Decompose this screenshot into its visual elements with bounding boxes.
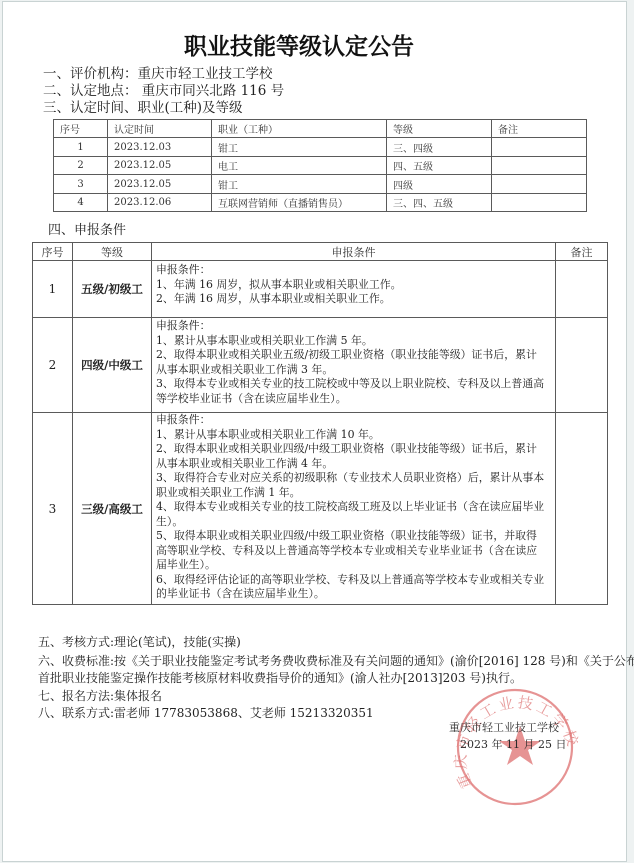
schedule-header-row: 序号 认定时间 职业（工种） 等级 备注	[54, 120, 587, 138]
cell-date: 2023.12.05	[108, 175, 212, 194]
table-row: 4 2023.12.06 互联网营销师（直播销售员） 三、四、五级	[54, 194, 587, 212]
conditions-table: 序号 等级 申报条件 备注 1 五级/初级工 申报条件： 1、年满 16 周岁，…	[32, 242, 608, 605]
cell-occupation: 互联网营销师（直播销售员）	[212, 194, 387, 212]
condition-line: 6、取得经评估论证的高等职业学校、专科及以上普通高等学校本专业或相关专业	[156, 573, 555, 588]
condition-line: 申报条件：	[156, 319, 555, 334]
cell-level: 三、四级	[387, 138, 492, 157]
cell-conditions: 申报条件： 1、年满 16 周岁，拟从事本职业或相关职业工作。 2、年满 16 …	[152, 261, 556, 318]
condition-line: 届毕业生）。	[156, 558, 555, 573]
cell-occupation: 钳工	[212, 175, 387, 194]
condition-line: 1、累计从事本职业或相关职业工作满 10 年。	[156, 428, 555, 443]
cell-no: 3	[54, 175, 108, 194]
condition-line: 5、取得本职业或相关职业四级/中级工职业资格（职业技能等级）证书，并取得	[156, 529, 555, 544]
condition-line: 生）。	[156, 515, 555, 530]
condition-line: 1、累计从事本职业或相关职业工作满 5 年。	[156, 334, 555, 349]
table-row: 3 2023.12.05 钳工 四级	[54, 175, 587, 194]
cell-occupation: 电工	[212, 157, 387, 175]
cell-no: 1	[33, 261, 73, 318]
condition-line: 的毕业证书（含在读应届毕业生）。	[156, 587, 555, 602]
condition-line: 等学校毕业证书（含在读应届毕业生）。	[156, 392, 555, 407]
cell-level: 四级	[387, 175, 492, 194]
condition-line: 4、取得本专业或相关专业的技工院校高级工班及以上毕业证书（含在读应届毕业	[156, 500, 555, 515]
document-page: 职业技能等级认定公告 一、评价机构：重庆市轻工业技工学校 二、认定地点： 重庆市…	[2, 1, 627, 862]
cell-note	[556, 413, 608, 605]
cell-level: 三、四、五级	[387, 194, 492, 212]
cell-no: 4	[54, 194, 108, 212]
condition-line: 申报条件：	[156, 413, 555, 428]
cell-date: 2023.12.06	[108, 194, 212, 212]
cell-conditions: 申报条件： 1、累计从事本职业或相关职业工作满 10 年。 2、取得本职业或相关…	[152, 413, 556, 605]
condition-line: 2、取得本职业或相关职业四级/中级工职业资格（职业技能等级）证书后，累计	[156, 442, 555, 457]
header-note: 备注	[492, 120, 587, 138]
header-conditions: 申报条件	[152, 243, 556, 261]
condition-line: 从事本职业或相关职业工作满 4 年。	[156, 457, 555, 472]
condition-line: 3、取得本专业或相关专业的技工院校或中等及以上职业院校、专科及以上普通高	[156, 377, 555, 392]
cell-note	[492, 138, 587, 157]
condition-line: 2、年满 16 周岁，从事本职业或相关职业工作。	[156, 292, 555, 307]
cell-no: 3	[33, 413, 73, 605]
table-row: 2 四级/中级工 申报条件： 1、累计从事本职业或相关职业工作满 5 年。 2、…	[33, 318, 608, 413]
header-occupation: 职业（工种）	[212, 120, 387, 138]
table-row: 1 2023.12.03 钳工 三、四级	[54, 138, 587, 157]
section-location: 二、认定地点： 重庆市同兴北路 116 号	[43, 83, 284, 100]
header-no: 序号	[54, 120, 108, 138]
condition-line: 1、年满 16 周岁，拟从事本职业或相关职业工作。	[156, 278, 555, 293]
cell-no: 2	[54, 157, 108, 175]
schedule-table: 序号 认定时间 职业（工种） 等级 备注 1 2023.12.03 钳工 三、四…	[53, 119, 587, 212]
header-level: 等级	[387, 120, 492, 138]
signature-date: 2023 年 11 月 25 日	[460, 738, 566, 752]
table-row: 2 2023.12.05 电工 四、五级	[54, 157, 587, 175]
table-row: 1 五级/初级工 申报条件： 1、年满 16 周岁，拟从事本职业或相关职业工作。…	[33, 261, 608, 318]
cell-note	[492, 194, 587, 212]
cell-date: 2023.12.05	[108, 157, 212, 175]
section-assessment-method: 五、考核方式:理论(笔试)，技能(实操)	[38, 634, 241, 650]
cell-level: 三级/高级工	[73, 413, 152, 605]
section-fee-standard: 六、收费标准:按《关于职业技能鉴定考试考务费收费标准及有关问题的通知》(渝价[2…	[38, 653, 634, 669]
cell-no: 1	[54, 138, 108, 157]
cell-level: 四级/中级工	[73, 318, 152, 413]
header-no: 序号	[33, 243, 73, 261]
section-registration-method: 七、报名方法:集体报名	[38, 688, 162, 704]
table-row: 3 三级/高级工 申报条件： 1、累计从事本职业或相关职业工作满 10 年。 2…	[33, 413, 608, 605]
section-conditions-heading: 四、申报条件	[48, 222, 126, 239]
header-level: 等级	[73, 243, 152, 261]
section-evaluation-org: 一、评价机构：重庆市轻工业技工学校	[43, 66, 273, 83]
page-title: 职业技能等级认定公告	[173, 32, 425, 62]
header-date: 认定时间	[108, 120, 212, 138]
section-schedule-heading: 三、认定时间、职业(工种)及等级	[43, 100, 243, 117]
header-note: 备注	[556, 243, 608, 261]
cell-note	[492, 175, 587, 194]
condition-line: 高等职业学校、专科及以上普通高等学校本专业或相关专业毕业证书（含在读应	[156, 544, 555, 559]
cell-date: 2023.12.03	[108, 138, 212, 157]
conditions-header-row: 序号 等级 申报条件 备注	[33, 243, 608, 261]
cell-occupation: 钳工	[212, 138, 387, 157]
section-contact: 八、联系方式:雷老师 17783053868、艾老师 15213320351	[38, 705, 374, 721]
condition-line: 2、取得本职业或相关职业五级/初级工职业资格（职业技能等级）证书后，累计	[156, 348, 555, 363]
cell-level: 四、五级	[387, 157, 492, 175]
signature-organization: 重庆市轻工业技工学校	[449, 721, 559, 735]
condition-line: 从事本职业或相关职业工作满 3 年。	[156, 363, 555, 378]
condition-line: 职业或相关职业工作满 1 年。	[156, 486, 555, 501]
cell-note	[556, 261, 608, 318]
condition-line: 申报条件：	[156, 263, 555, 278]
cell-level: 五级/初级工	[73, 261, 152, 318]
cell-note	[492, 157, 587, 175]
cell-note	[556, 318, 608, 413]
cell-no: 2	[33, 318, 73, 413]
cell-conditions: 申报条件： 1、累计从事本职业或相关职业工作满 5 年。 2、取得本职业或相关职…	[152, 318, 556, 413]
condition-line: 3、取得符合专业对应关系的初级职称（专业技术人员职业资格）后，累计从事本	[156, 471, 555, 486]
